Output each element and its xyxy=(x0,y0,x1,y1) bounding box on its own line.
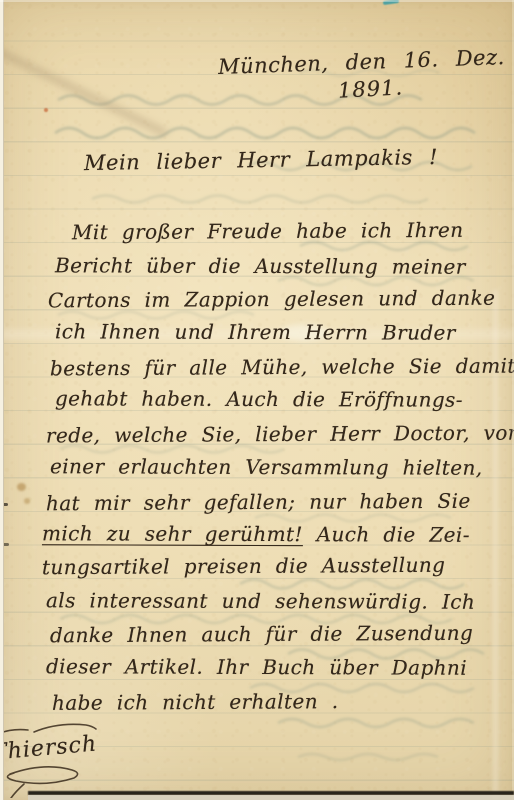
foxing-spot xyxy=(17,483,26,491)
letter-line: habe ich nicht erhalten . xyxy=(52,689,339,715)
foxing-spot xyxy=(44,108,48,112)
letter-line: ich Ihnen und Ihrem Herrn Bruder xyxy=(55,319,456,344)
underlined-phrase: mich zu sehr gerühmt! xyxy=(42,521,303,546)
bottom-edge-strip xyxy=(28,795,514,800)
letter-scan: München, den 16. Dez. 1891. Mein lieber … xyxy=(0,0,514,800)
dateline-year: 1891. xyxy=(337,75,403,102)
line-continuation: Auch die Zei- xyxy=(303,522,470,547)
letter-line: hat mir sehr gefallen; nur haben Sie xyxy=(46,489,471,516)
foxing-spot xyxy=(24,498,30,504)
letter-paper: München, den 16. Dez. 1891. Mein lieber … xyxy=(0,0,514,800)
letter-line: als interessant und sehenswürdig. Ich xyxy=(46,588,475,613)
top-paper-edge xyxy=(0,0,514,2)
letter-line: danke Ihnen auch für die Zusendung xyxy=(50,621,473,648)
letter-line: dieser Artikel. Ihr Buch über Daphni xyxy=(46,654,467,679)
letter-line: gehabt haben. Auch die Eröffnungs- xyxy=(55,386,463,411)
letter-line: bestens für alle Mühe, welche Sie damit xyxy=(50,354,514,381)
dateline-city-date: München, den 16. Dez. xyxy=(218,45,505,79)
left-paper-edge xyxy=(0,0,4,800)
letter-line: mich zu sehr gerühmt! Auch die Zei- xyxy=(42,521,470,546)
crease-mark xyxy=(0,46,168,136)
letter-line: Cartons im Zappion gelesen und danke xyxy=(48,286,495,313)
salutation: Mein lieber Herr Lampakis ! xyxy=(84,145,438,175)
letter-line: Bericht über die Ausstellung meiner xyxy=(55,253,466,278)
letter-line: rede, welche Sie, lieber Herr Doctor, vo… xyxy=(46,421,514,448)
letter-line: einer erlauchten Versammlung hielten, xyxy=(50,454,483,480)
letter-line: tungsartikel preisen die Ausstellung xyxy=(42,553,445,579)
letter-line: Mit großer Freude habe ich Ihren xyxy=(72,218,464,244)
